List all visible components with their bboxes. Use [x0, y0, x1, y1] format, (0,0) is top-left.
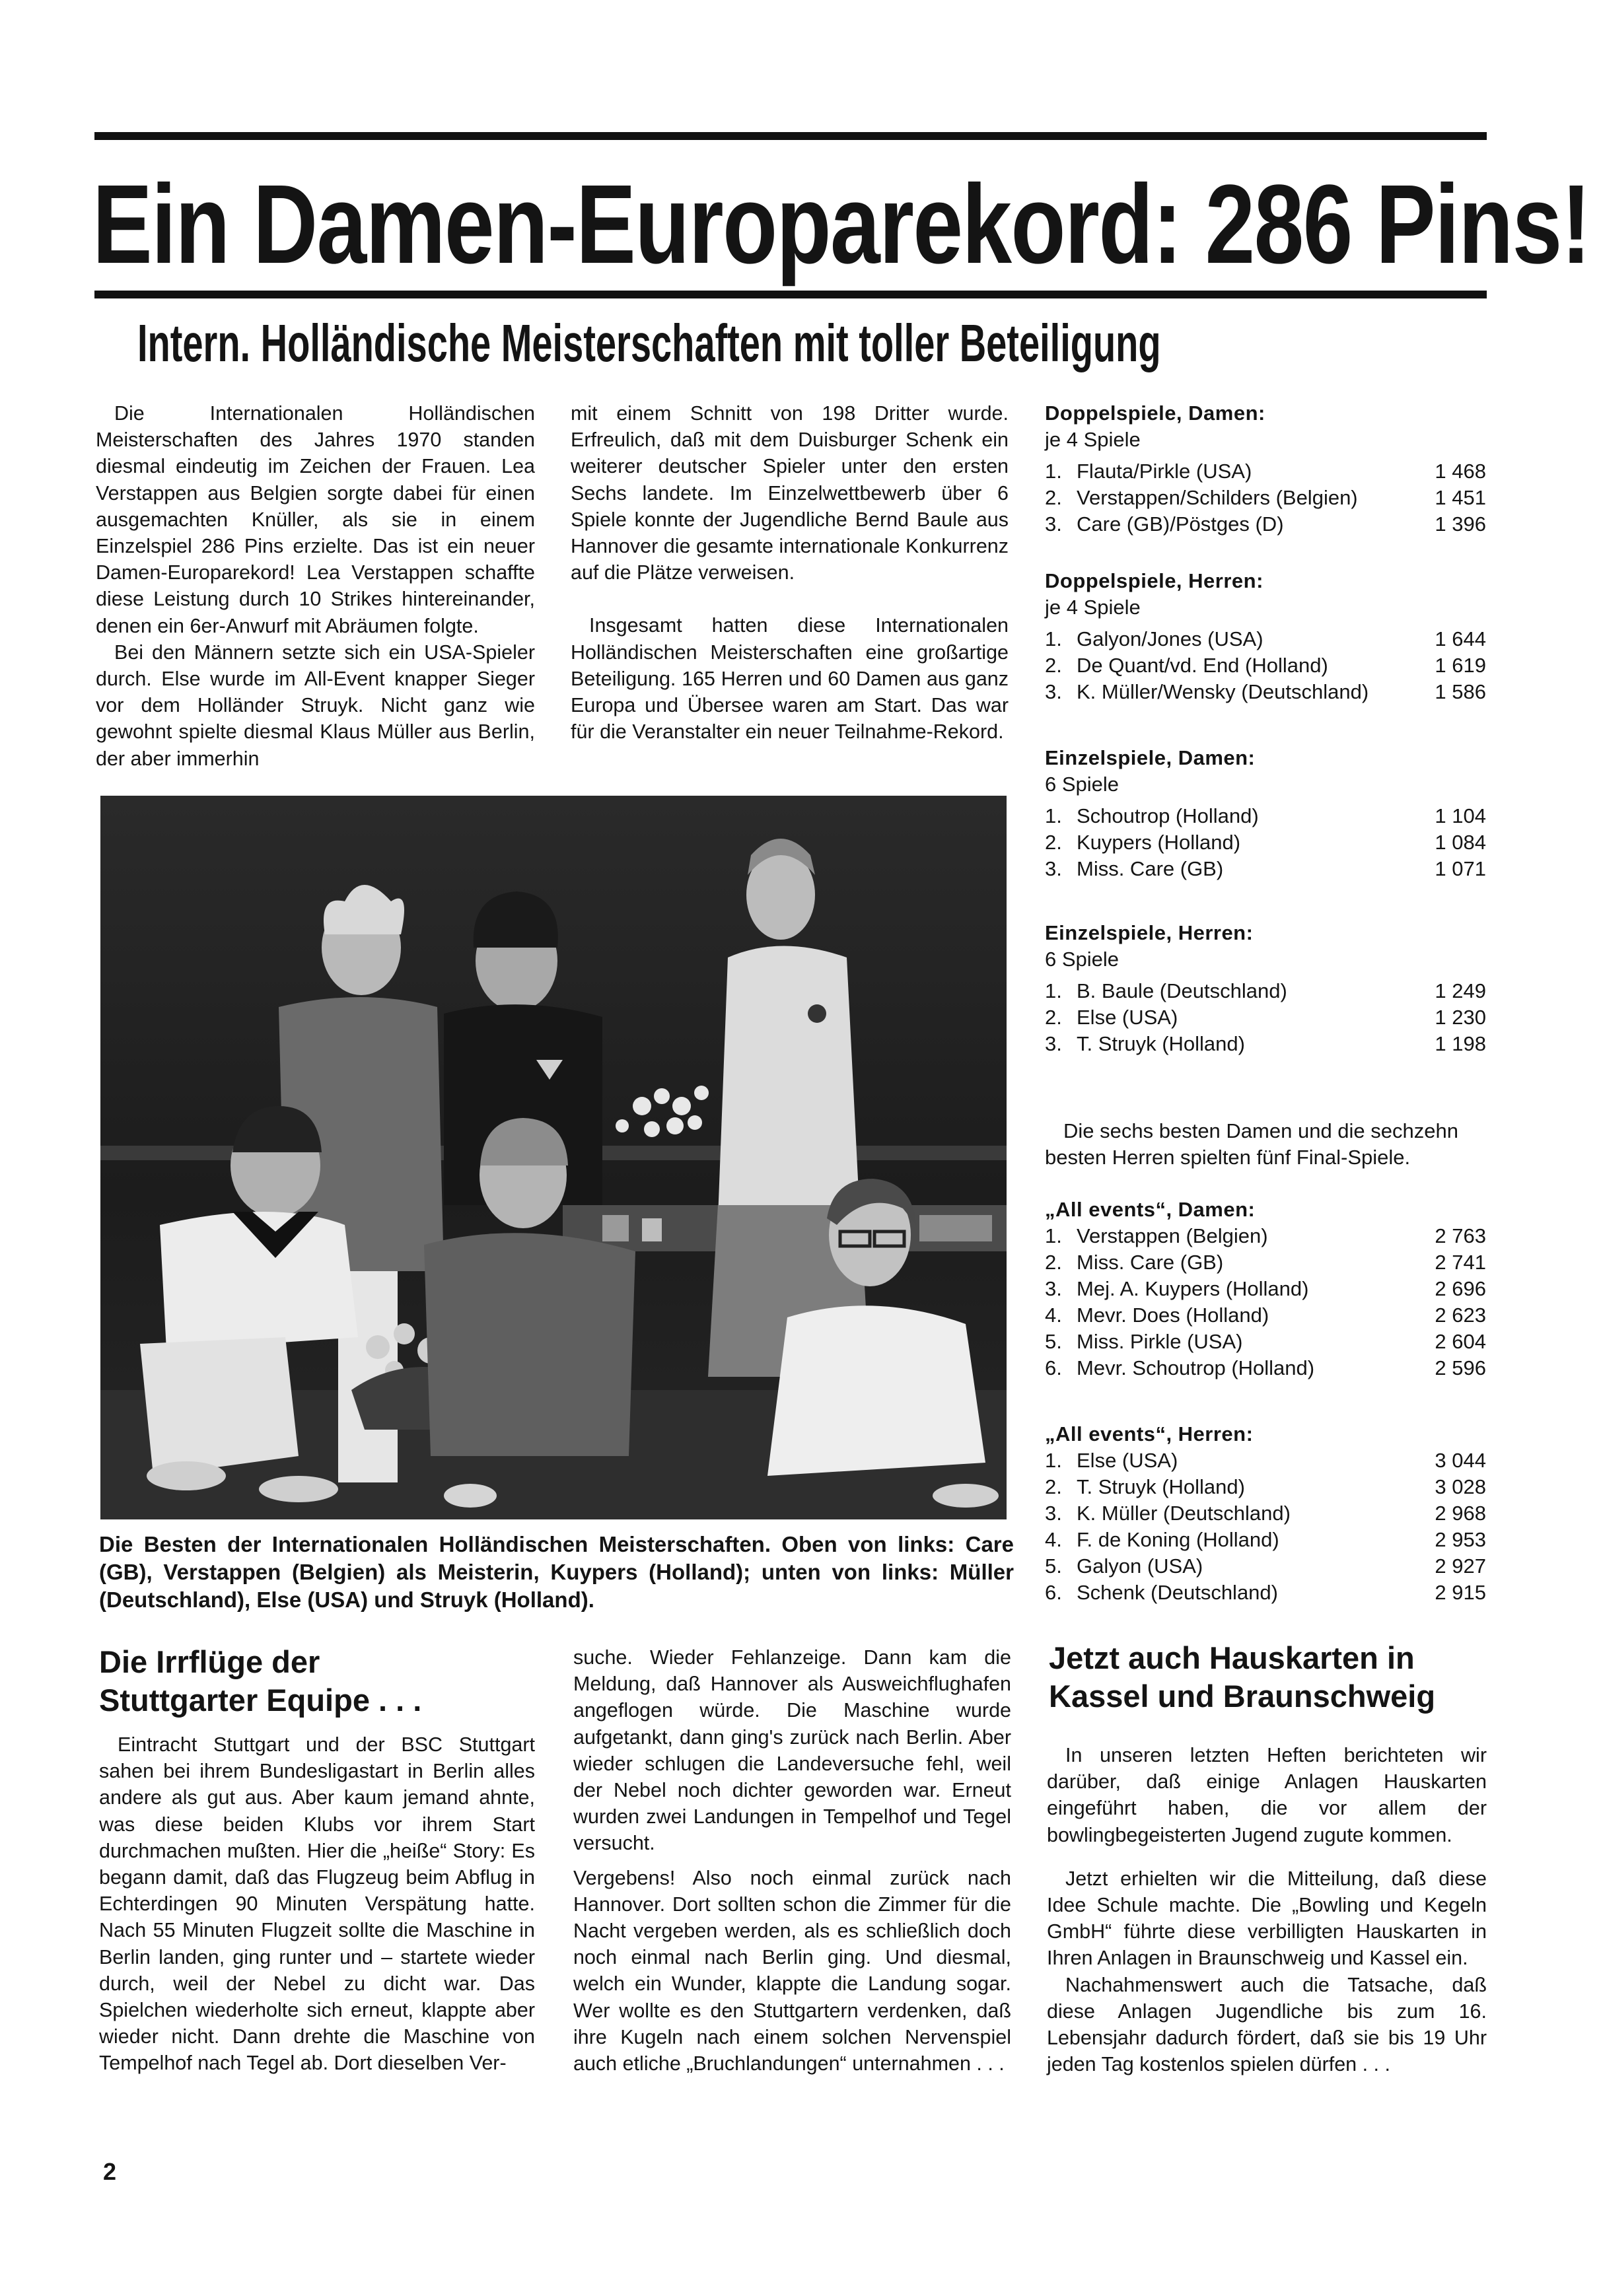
name: Mevr. Does (Holland) — [1077, 1302, 1413, 1329]
result-row: 4.F. de Koning (Holland)2 953 — [1045, 1527, 1486, 1553]
score: 2 763 — [1413, 1223, 1486, 1249]
name: B. Baule (Deutschland) — [1077, 978, 1413, 1004]
hauskarten-column: In unseren letzten Heften berichteten wi… — [1047, 1742, 1487, 2077]
result-row: 3.Miss. Care (GB)1 071 — [1045, 856, 1486, 882]
name: Else (USA) — [1077, 1004, 1413, 1031]
name: Schenk (Deutschland) — [1077, 1580, 1413, 1606]
score: 2 596 — [1413, 1355, 1486, 1381]
paragraph: Nachahmenswert auch die Tatsache, daß di… — [1047, 1972, 1487, 2078]
top-rule — [94, 132, 1487, 140]
heading-line: Kassel und Braunschweig — [1049, 1677, 1485, 1716]
name: Mevr. Schoutrop (Holland) — [1077, 1355, 1413, 1381]
score: 2 953 — [1413, 1527, 1486, 1553]
name: K. Müller/Wensky (Deutschland) — [1077, 679, 1413, 705]
results-doppel-damen: Doppelspiele, Damen: je 4 Spiele 1.Flaut… — [1045, 400, 1486, 538]
heading-line: Die Irrflüge der — [99, 1643, 535, 1681]
name: Mej. A. Kuypers (Holland) — [1077, 1276, 1413, 1302]
results-list: 1.Schoutrop (Holland)1 104 2.Kuypers (Ho… — [1045, 803, 1486, 882]
rank: 2. — [1045, 1004, 1077, 1031]
rank: 3. — [1045, 679, 1077, 705]
rank: 2. — [1045, 652, 1077, 679]
rank: 2. — [1045, 829, 1077, 856]
results-list: 1.Else (USA)3 044 2.T. Struyk (Holland)3… — [1045, 1447, 1486, 1606]
results-subtitle: je 4 Spiele — [1045, 594, 1486, 621]
paragraph: suche. Wieder Fehlanzeige. Dann kam die … — [573, 1644, 1011, 1857]
rank: 2. — [1045, 1249, 1077, 1276]
rank: 1. — [1045, 803, 1077, 829]
rank: 3. — [1045, 856, 1077, 882]
result-row: 2.Else (USA)1 230 — [1045, 1004, 1486, 1031]
group-photo — [100, 796, 1007, 1519]
stuttgart-heading: Die Irrflüge der Stuttgarter Equipe . . … — [99, 1643, 535, 1720]
rank: 5. — [1045, 1553, 1077, 1580]
main-article-column-2: mit einem Schnitt von 198 Dritter wurde.… — [571, 400, 1009, 745]
rank: 1. — [1045, 1447, 1077, 1474]
results-einzel-herren: Einzelspiele, Herren: 6 Spiele 1.B. Baul… — [1045, 920, 1486, 1057]
heading-line: Jetzt auch Hauskarten in — [1049, 1639, 1485, 1677]
paragraph: Insgesamt hatten diese Internationalen H… — [571, 612, 1009, 745]
result-row: 4.Mevr. Does (Holland)2 623 — [1045, 1302, 1486, 1329]
name: Miss. Pirkle (USA) — [1077, 1329, 1413, 1355]
score: 2 927 — [1413, 1553, 1486, 1580]
results-einzel-damen: Einzelspiele, Damen: 6 Spiele 1.Schoutro… — [1045, 745, 1486, 882]
result-row: 1.Else (USA)3 044 — [1045, 1447, 1486, 1474]
score: 2 696 — [1413, 1276, 1486, 1302]
rank: 4. — [1045, 1302, 1077, 1329]
results-title: Einzelspiele, Damen: — [1045, 745, 1486, 771]
name: Schoutrop (Holland) — [1077, 803, 1413, 829]
result-row: 3.Care (GB)/Pöstges (D)1 396 — [1045, 511, 1486, 538]
results-list: 1.Flauta/Pirkle (USA)1 468 2.Verstappen/… — [1045, 458, 1486, 538]
rank: 1. — [1045, 1223, 1077, 1249]
result-row: 2.Kuypers (Holland)1 084 — [1045, 829, 1486, 856]
score: 1 198 — [1413, 1031, 1486, 1057]
result-row: 6.Mevr. Schoutrop (Holland)2 596 — [1045, 1355, 1486, 1381]
name: De Quant/vd. End (Holland) — [1077, 652, 1413, 679]
score: 2 623 — [1413, 1302, 1486, 1329]
paragraph: Bei den Männern setzte sich ein USA-Spie… — [96, 639, 535, 772]
results-all-events-damen: „All events“, Damen: 1.Verstappen (Belgi… — [1045, 1197, 1486, 1381]
paragraph: Eintracht Stuttgart und der BSC Stuttgar… — [99, 1731, 535, 2077]
rank: 3. — [1045, 1500, 1077, 1527]
name: K. Müller (Deutschland) — [1077, 1500, 1413, 1527]
rank: 1. — [1045, 978, 1077, 1004]
result-row: 1.Verstappen (Belgien)2 763 — [1045, 1223, 1486, 1249]
result-row: 2.De Quant/vd. End (Holland)1 619 — [1045, 652, 1486, 679]
results-list: 1.Verstappen (Belgien)2 763 2.Miss. Care… — [1045, 1223, 1486, 1381]
name: Verstappen (Belgien) — [1077, 1223, 1413, 1249]
result-row: 2.T. Struyk (Holland)3 028 — [1045, 1474, 1486, 1500]
result-row: 3.K. Müller/Wensky (Deutschland)1 586 — [1045, 679, 1486, 705]
page-headline: Ein Damen-Europarekord: 286 Pins! — [92, 158, 1205, 291]
rank: 2. — [1045, 485, 1077, 511]
rank: 3. — [1045, 1276, 1077, 1302]
main-article-column-1: Die Internationalen Holländischen Meiste… — [96, 400, 535, 772]
result-row: 5.Galyon (USA)2 927 — [1045, 1553, 1486, 1580]
name: T. Struyk (Holland) — [1077, 1031, 1413, 1057]
results-title: „All events“, Herren: — [1045, 1421, 1486, 1447]
rank: 4. — [1045, 1527, 1077, 1553]
result-row: 3.Mej. A. Kuypers (Holland)2 696 — [1045, 1276, 1486, 1302]
name: Verstappen/Schilders (Belgien) — [1077, 485, 1413, 511]
name: Flauta/Pirkle (USA) — [1077, 458, 1413, 485]
score: 3 044 — [1413, 1447, 1486, 1474]
results-list: 1.Galyon/Jones (USA)1 644 2.De Quant/vd.… — [1045, 626, 1486, 705]
score: 2 741 — [1413, 1249, 1486, 1276]
results-list: 1.B. Baule (Deutschland)1 249 2.Else (US… — [1045, 978, 1486, 1057]
score: 1 084 — [1413, 829, 1486, 856]
paragraph: Jetzt erhielten wir die Mitteilung, daß … — [1047, 1865, 1487, 1972]
name: Miss. Care (GB) — [1077, 856, 1413, 882]
rank: 3. — [1045, 511, 1077, 538]
headline-bottom-rule — [94, 291, 1487, 298]
score: 1 104 — [1413, 803, 1486, 829]
name: Galyon/Jones (USA) — [1077, 626, 1413, 652]
result-row: 1.Galyon/Jones (USA)1 644 — [1045, 626, 1486, 652]
results-subtitle: 6 Spiele — [1045, 946, 1486, 973]
page-subheadline: Intern. Holländische Meisterschaften mit… — [137, 310, 1161, 376]
result-row: 3.T. Struyk (Holland)1 198 — [1045, 1031, 1486, 1057]
score: 1 586 — [1413, 679, 1486, 705]
final-note: Die sechs besten Damen und die sechzehn … — [1045, 1118, 1486, 1171]
score: 2 604 — [1413, 1329, 1486, 1355]
name: Care (GB)/Pöstges (D) — [1077, 511, 1413, 538]
name: Else (USA) — [1077, 1447, 1413, 1474]
photo-caption: Die Besten der Internationalen Holländis… — [99, 1531, 1014, 1614]
stuttgart-column-2: suche. Wieder Fehlanzeige. Dann kam die … — [573, 1644, 1011, 2077]
paragraph: Die Internationalen Holländischen Meiste… — [96, 400, 535, 639]
stuttgart-column-1: Eintracht Stuttgart und der BSC Stuttgar… — [99, 1731, 535, 2077]
rank: 1. — [1045, 458, 1077, 485]
name: F. de Koning (Holland) — [1077, 1527, 1413, 1553]
paragraph: mit einem Schnitt von 198 Dritter wurde.… — [571, 400, 1009, 586]
results-subtitle: 6 Spiele — [1045, 771, 1486, 798]
score: 1 644 — [1413, 626, 1486, 652]
score: 1 249 — [1413, 978, 1486, 1004]
score: 1 071 — [1413, 856, 1486, 882]
results-title: Doppelspiele, Damen: — [1045, 400, 1486, 427]
result-row: 5.Miss. Pirkle (USA)2 604 — [1045, 1329, 1486, 1355]
score: 2 915 — [1413, 1580, 1486, 1606]
rank: 1. — [1045, 626, 1077, 652]
name: Kuypers (Holland) — [1077, 829, 1413, 856]
score: 1 396 — [1413, 511, 1486, 538]
paragraph: Vergebens! Also noch einmal zurück nach … — [573, 1865, 1011, 2077]
result-row: 3.K. Müller (Deutschland)2 968 — [1045, 1500, 1486, 1527]
score: 3 028 — [1413, 1474, 1486, 1500]
rank: 3. — [1045, 1031, 1077, 1057]
results-title: „All events“, Damen: — [1045, 1197, 1486, 1223]
score: 1 619 — [1413, 652, 1486, 679]
score: 1 468 — [1413, 458, 1486, 485]
score: 1 451 — [1413, 485, 1486, 511]
result-row: 2.Verstappen/Schilders (Belgien)1 451 — [1045, 485, 1486, 511]
results-doppel-herren: Doppelspiele, Herren: je 4 Spiele 1.Galy… — [1045, 568, 1486, 705]
final-note-text: Die sechs besten Damen und die sechzehn … — [1045, 1119, 1458, 1169]
result-row: 6.Schenk (Deutschland)2 915 — [1045, 1580, 1486, 1606]
score: 2 968 — [1413, 1500, 1486, 1527]
heading-line: Stuttgarter Equipe . . . — [99, 1681, 535, 1720]
results-all-events-herren: „All events“, Herren: 1.Else (USA)3 044 … — [1045, 1421, 1486, 1606]
score: 1 230 — [1413, 1004, 1486, 1031]
result-row: 1.Schoutrop (Holland)1 104 — [1045, 803, 1486, 829]
result-row: 1.Flauta/Pirkle (USA)1 468 — [1045, 458, 1486, 485]
results-title: Doppelspiele, Herren: — [1045, 568, 1486, 594]
page-number: 2 — [103, 2158, 116, 2186]
name: T. Struyk (Holland) — [1077, 1474, 1413, 1500]
paragraph: In unseren letzten Heften berichteten wi… — [1047, 1742, 1487, 1848]
results-title: Einzelspiele, Herren: — [1045, 920, 1486, 946]
hauskarten-heading: Jetzt auch Hauskarten in Kassel und Brau… — [1049, 1639, 1485, 1716]
rank: 6. — [1045, 1355, 1077, 1381]
rank: 6. — [1045, 1580, 1077, 1606]
rank: 2. — [1045, 1474, 1077, 1500]
name: Galyon (USA) — [1077, 1553, 1413, 1580]
results-subtitle: je 4 Spiele — [1045, 427, 1486, 453]
result-row: 2.Miss. Care (GB)2 741 — [1045, 1249, 1486, 1276]
name: Miss. Care (GB) — [1077, 1249, 1413, 1276]
rank: 5. — [1045, 1329, 1077, 1355]
result-row: 1.B. Baule (Deutschland)1 249 — [1045, 978, 1486, 1004]
